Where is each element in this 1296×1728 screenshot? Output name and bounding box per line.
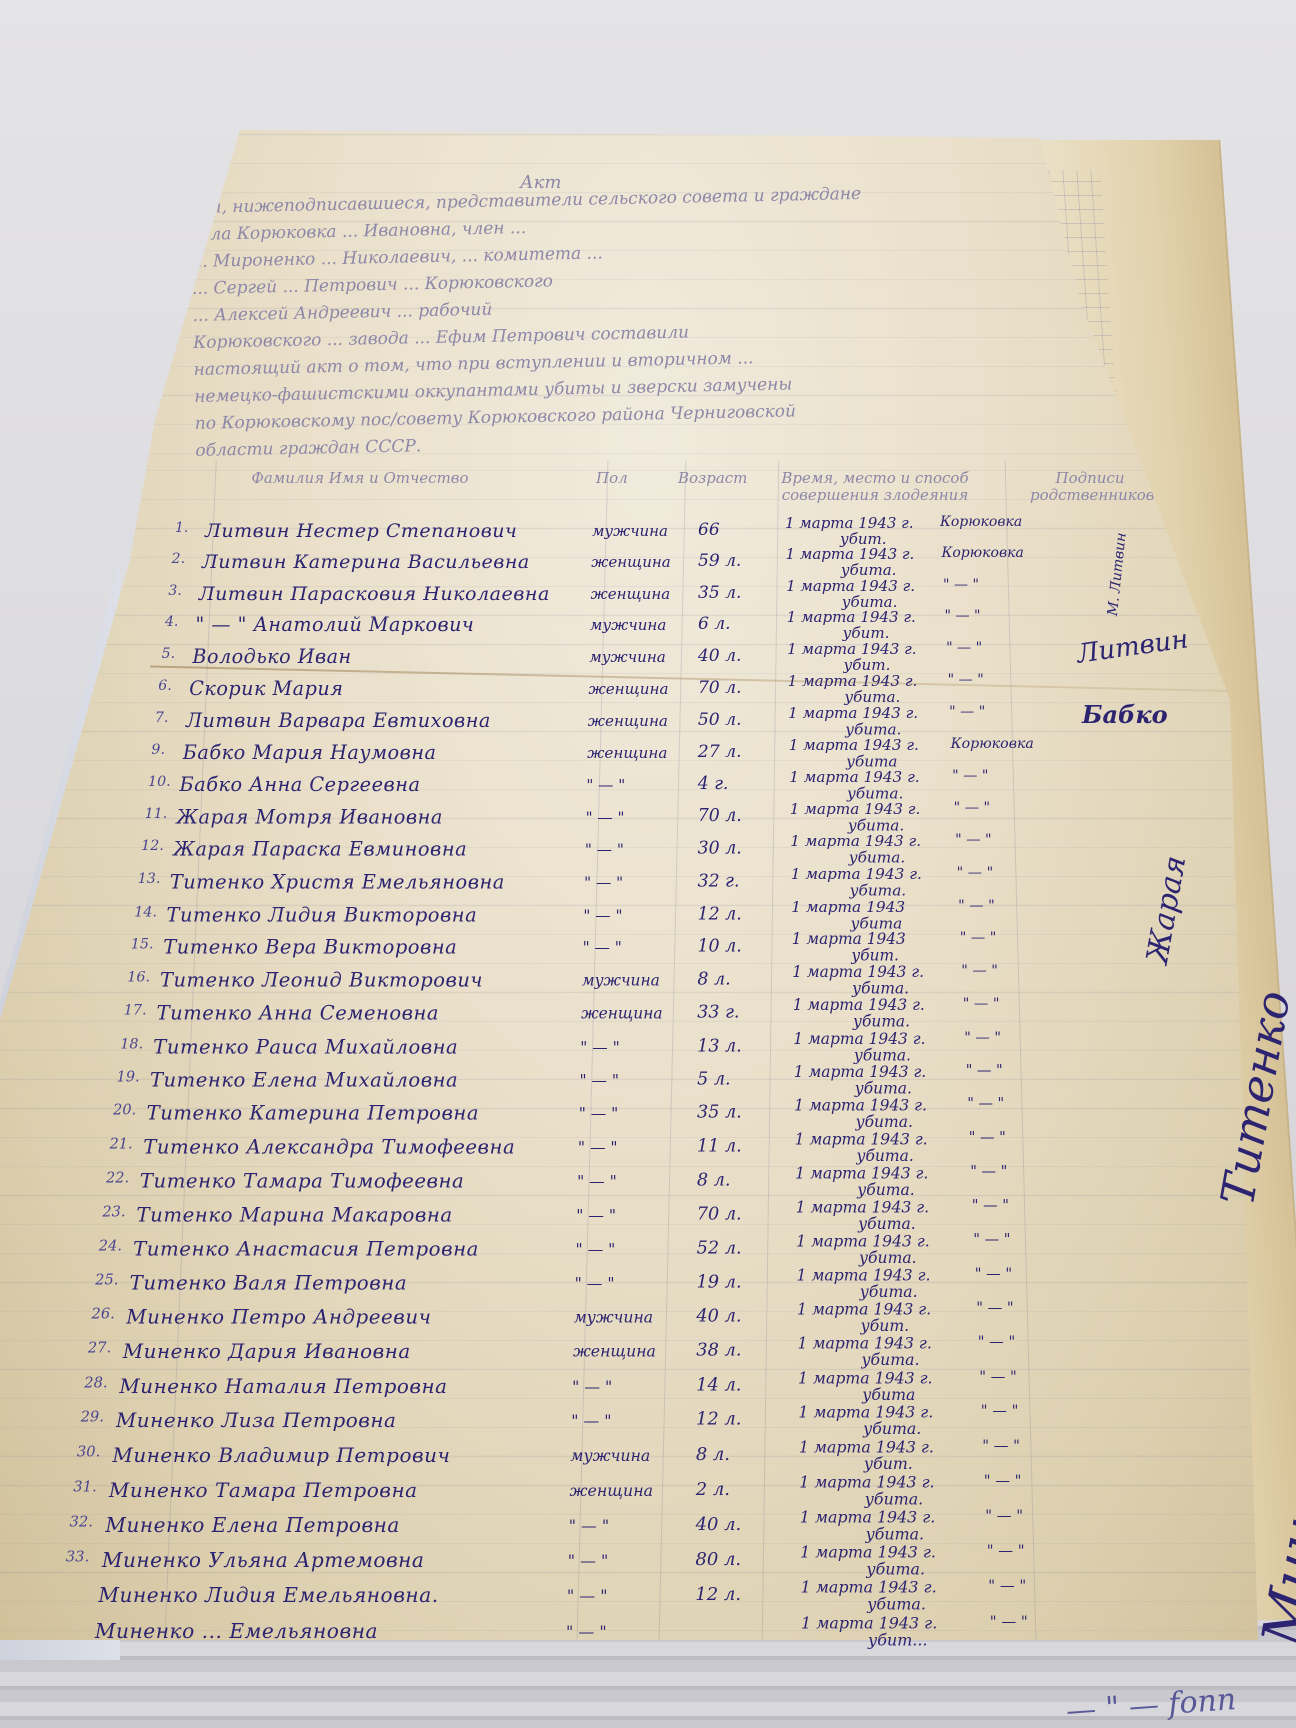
victim-age: 32 г.	[698, 871, 740, 891]
row-number: 14.	[134, 904, 157, 920]
victim-name: Титенко Раиса Михайловна	[153, 1036, 458, 1059]
table-row: 20.Титенко Катерина Петровна" — "35 л.1 …	[0, 1102, 1296, 1133]
death-date: 1 марта 1943 г.	[801, 1613, 937, 1632]
victim-age: 12 л.	[696, 1409, 741, 1430]
victim-sex: " — "	[575, 1274, 615, 1293]
row-number: 25.	[95, 1272, 118, 1289]
victim-name: Скорик Мария	[189, 678, 343, 700]
table-row: 29.Миненко Лиза Петровна" — "12 л.1 март…	[0, 1409, 1296, 1440]
death-place: " — "	[975, 1265, 1012, 1282]
victim-name: Миненко Владимир Петрович	[112, 1444, 450, 1467]
row-number: 22.	[106, 1170, 129, 1187]
victim-name: Титенко Христя Емельяновна	[170, 871, 505, 893]
table-row: 10.Бабко Анна Сергеевна" — "4 г.1 марта …	[0, 774, 1296, 804]
victim-sex: женщина	[573, 1342, 656, 1361]
death-date: 1 марта 1943 г.	[786, 577, 915, 595]
row-number: 17.	[124, 1002, 147, 1018]
death-fate: убита.	[850, 881, 907, 899]
victim-sex: " — "	[579, 1104, 619, 1123]
victim-age: 6 л.	[698, 614, 731, 634]
death-fate: убита.	[865, 1489, 923, 1508]
victim-table: 1.Литвин Нестер Степановичмужчина661 мар…	[0, 0, 1296, 1728]
death-place: " — "	[970, 1163, 1007, 1180]
death-place: " — "	[948, 672, 984, 688]
victim-sex: женщина	[591, 553, 670, 571]
victim-name: Титенко Валя Петровна	[130, 1272, 407, 1295]
death-fate: убит.	[861, 1316, 910, 1335]
row-number: 15.	[131, 936, 154, 952]
table-row: 17.Титенко Анна Семеновнаженщина33 г.1 м…	[0, 1002, 1296, 1033]
victim-age: 12 л.	[695, 1584, 741, 1605]
death-place: Корюковка	[951, 735, 1034, 751]
death-place: " — "	[966, 1063, 1003, 1079]
death-fate: убита.	[866, 1524, 924, 1543]
row-number: 3.	[168, 583, 181, 599]
table-row: 9.Бабко Мария Наумовнаженщина27 л.1 март…	[0, 742, 1296, 772]
death-date: 1 марта 1943 г.	[796, 1197, 929, 1216]
table-row: 32.Миненко Елена Петровна" — "40 л.1 мар…	[0, 1514, 1296, 1546]
victim-sex: " — "	[569, 1516, 609, 1535]
death-date: 1 марта 1943 г.	[788, 703, 918, 721]
victim-age: 5 л.	[697, 1069, 730, 1090]
victim-age: 66	[698, 520, 720, 540]
victim-sex: " — "	[575, 1240, 615, 1259]
victim-sex: женщина	[587, 744, 667, 762]
victim-name: Литвин Парасковия Николаевна	[199, 583, 550, 605]
death-place: " — "	[972, 1197, 1009, 1214]
table-row: 12.Жарая Параска Евминовна" — "30 л.1 ма…	[0, 838, 1296, 869]
death-place: " — "	[967, 1096, 1004, 1113]
table-row: 15.Титенко Вера Викторовна" — "10 л.1 ма…	[0, 936, 1296, 967]
victim-name: Миненко Лидия Емельяновна.	[98, 1584, 438, 1607]
death-date: 1 марта 1943 г.	[798, 1368, 933, 1387]
row-number: 28.	[84, 1375, 107, 1392]
table-row: 14.Титенко Лидия Викторовна" — "12 л.1 м…	[0, 904, 1296, 935]
death-place: " — "	[958, 898, 995, 914]
death-fate: убита.	[860, 1282, 918, 1301]
victim-name: Литвин Варвара Евтиховна	[186, 710, 491, 732]
row-number: 12.	[141, 838, 164, 854]
death-fate: убита.	[866, 1560, 925, 1579]
victim-sex: мужчина	[574, 1308, 653, 1327]
victim-age: 19 л.	[697, 1272, 742, 1293]
row-number: 13.	[138, 871, 161, 887]
victim-age: 40 л.	[696, 1306, 741, 1327]
death-place: " — "	[976, 1300, 1013, 1317]
victim-sex: " — "	[571, 1411, 611, 1430]
row-number: 29.	[81, 1409, 104, 1426]
row-number: 7.	[155, 710, 169, 726]
death-place: Корюковка	[942, 545, 1024, 561]
death-place: " — "	[964, 1029, 1001, 1045]
victim-age: 35 л.	[697, 1102, 742, 1123]
death-place: " — "	[988, 1578, 1026, 1595]
victim-sex: мужчина	[570, 1446, 650, 1465]
victim-age: 40 л.	[698, 646, 742, 666]
death-date: 1 марта 1943 г.	[795, 1163, 928, 1182]
victim-sex: " — "	[580, 1038, 619, 1057]
victim-age: 38 л.	[696, 1340, 741, 1361]
death-date: 1 марта 1943 г.	[788, 672, 918, 690]
victim-name: Титенко Александра Тимофеевна	[143, 1136, 515, 1159]
victim-sex: " — "	[586, 808, 625, 826]
victim-sex: женщина	[588, 712, 668, 730]
victim-age: 33 г.	[697, 1002, 739, 1023]
victim-sex: " — "	[578, 1138, 618, 1157]
victim-sex: женщина	[570, 1481, 653, 1500]
row-number: 26.	[92, 1306, 115, 1323]
death-place: " — "	[949, 703, 985, 719]
victim-sex: " — "	[576, 1206, 616, 1225]
row-number: 21.	[110, 1136, 133, 1153]
death-fate: убит...	[868, 1630, 927, 1649]
victim-name: Литвин Катерина Васильевна	[202, 551, 530, 573]
victim-sex: мужчина	[592, 522, 668, 540]
death-place: " — "	[979, 1368, 1016, 1385]
table-row: 33.Миненко Ульяна Артемовна" — "80 л.1 м…	[0, 1549, 1296, 1581]
death-date: 1 марта 1943 г.	[796, 1231, 930, 1250]
table-row: 16.Титенко Леонид Викторовичмужчина8 л.1…	[0, 969, 1296, 1000]
death-place: " — "	[945, 608, 981, 624]
row-number: 19.	[117, 1069, 140, 1085]
victim-name: Титенко Анна Семеновна	[157, 1002, 439, 1025]
victim-sex: " — "	[583, 939, 622, 957]
victim-name: Володько Иван	[192, 646, 351, 668]
victim-sex: " — "	[572, 1377, 612, 1396]
table-row: Миненко Лидия Емельяновна." — "12 л.1 ма…	[0, 1584, 1296, 1616]
victim-age: 4 г.	[698, 774, 729, 794]
table-row: 25.Титенко Валя Петровна" — "19 л.1 март…	[0, 1272, 1296, 1303]
death-date: 1 марта 1943 г.	[797, 1265, 931, 1284]
victim-name: Титенко Анастасия Петровна	[133, 1238, 479, 1261]
victim-age: 10 л.	[697, 936, 741, 956]
table-row: 24.Титенко Анастасия Петровна" — "52 л.1…	[0, 1238, 1296, 1269]
victim-name: Миненко ... Емельяновна	[95, 1620, 378, 1643]
table-row: 11.Жарая Мотря Ивановна" — "70 л.1 марта…	[0, 806, 1296, 836]
victim-age: 50 л.	[698, 710, 742, 730]
death-date: 1 марта 1943 г.	[789, 768, 919, 786]
victim-name: Жарая Параска Евминовна	[173, 838, 467, 860]
death-fate: убита.	[863, 1420, 921, 1439]
victim-sex: " — "	[584, 873, 623, 891]
victim-age: 13 л.	[697, 1036, 742, 1057]
victim-name: Титенко Тамара Тимофеевна	[140, 1170, 464, 1193]
victim-sex: мужчина	[589, 648, 666, 666]
victim-age: 11 л.	[697, 1136, 742, 1157]
victim-age: 8 л.	[697, 969, 730, 990]
victim-age: 35 л.	[698, 583, 741, 603]
death-place: " — "	[984, 1473, 1022, 1490]
victim-age: 52 л.	[697, 1238, 742, 1259]
death-place: " — "	[969, 1130, 1006, 1147]
row-number: 1.	[175, 520, 188, 536]
victim-age: 14 л.	[696, 1375, 741, 1396]
victim-age: 8 л.	[697, 1170, 731, 1191]
row-number: 32.	[70, 1514, 93, 1531]
table-row: 22.Титенко Тамара Тимофеевна" — "8 л.1 м…	[0, 1170, 1296, 1201]
death-fate: убита.	[858, 1214, 916, 1233]
row-number: 18.	[120, 1036, 143, 1052]
victim-sex: женщина	[589, 680, 669, 698]
victim-age: 2 л.	[696, 1479, 730, 1500]
death-place: " — "	[961, 963, 998, 979]
table-row: 18.Титенко Раиса Михайловна" — "13 л.1 м…	[0, 1036, 1296, 1067]
death-fate: убита.	[861, 1351, 919, 1370]
signature-babko: Бабко	[1082, 700, 1168, 729]
death-place: " — "	[990, 1613, 1028, 1630]
victim-age: 70 л.	[698, 678, 742, 698]
death-place: " — "	[943, 577, 979, 593]
death-date: 1 марта 1943 г.	[793, 1029, 925, 1048]
death-place: " — "	[963, 996, 1000, 1012]
victim-name: Миненко Лиза Петровна	[116, 1409, 397, 1432]
row-number: 23.	[102, 1204, 125, 1221]
table-row: 30.Миненко Владимир Петровичмужчина8 л.1…	[0, 1444, 1296, 1476]
victim-name: Титенко Леонид Викторович	[160, 969, 483, 992]
death-date: 1 марта 1943 г.	[789, 735, 919, 753]
victim-age: 12 л.	[698, 904, 742, 924]
row-number: 16.	[127, 969, 150, 985]
victim-sex: " — "	[583, 906, 622, 924]
death-place: " — "	[985, 1508, 1023, 1525]
victim-name: Титенко Лидия Викторовна	[167, 904, 478, 926]
death-fate: убита.	[856, 1146, 913, 1165]
victim-age: 70 л.	[697, 1204, 742, 1225]
victim-name: Бабко Анна Сергеевна	[180, 774, 421, 796]
victim-age: 30 л.	[698, 838, 742, 858]
table-row: 26.Миненко Петро Андреевичмужчина40 л.1 …	[0, 1306, 1296, 1337]
death-place: " — "	[960, 930, 997, 946]
victim-sex: мужчина	[590, 616, 666, 634]
victim-name: Бабко Мария Наумовна	[183, 742, 437, 764]
victim-sex: " — "	[566, 1622, 607, 1641]
row-number: 30.	[77, 1444, 100, 1461]
death-place: " — "	[955, 832, 991, 848]
row-number: 33.	[66, 1549, 90, 1566]
row-number: 10.	[148, 774, 171, 790]
row-number: 2.	[172, 551, 185, 567]
victim-name: Миненко Ульяна Артемовна	[102, 1549, 425, 1572]
victim-name: Титенко Марина Макаровна	[136, 1204, 452, 1227]
table-row: 21.Титенко Александра Тимофеевна" — "11 …	[0, 1136, 1296, 1167]
table-row: 3.Литвин Парасковия Николаевнаженщина35 …	[0, 583, 1296, 613]
death-place: Корюковка	[940, 514, 1022, 530]
victim-name: Титенко Катерина Петровна	[147, 1102, 479, 1125]
victim-name: Миненко Наталия Петровна	[119, 1375, 447, 1398]
victim-sex: женщина	[581, 1005, 662, 1023]
victim-age: 70 л.	[698, 806, 742, 826]
row-number: 4.	[165, 614, 178, 630]
row-number: 27.	[88, 1340, 111, 1357]
death-place: " — "	[978, 1334, 1015, 1351]
table-row: 13.Титенко Христя Емельяновна" — "32 г.1…	[0, 871, 1296, 902]
victim-sex: мужчина	[582, 971, 660, 989]
death-fate: убита.	[859, 1248, 917, 1267]
victim-name: Жарая Мотря Ивановна	[176, 806, 443, 828]
table-row: 19.Титенко Елена Михайловна" — "5 л.1 ма…	[0, 1069, 1296, 1100]
death-place: " — "	[952, 768, 988, 784]
death-place: " — "	[982, 1438, 1020, 1455]
victim-sex: " — "	[568, 1551, 609, 1570]
victim-name: Миненко Дария Ивановна	[123, 1340, 411, 1363]
death-place: " — "	[981, 1403, 1019, 1420]
victim-name: Литвин Нестер Степанович	[205, 520, 517, 542]
table-row: 23.Титенко Марина Макаровна" — "70 л.1 м…	[0, 1204, 1296, 1235]
table-row: Миненко ... Емельяновна" — "1 марта 1943…	[0, 1620, 1296, 1652]
victim-name: Миненко Елена Петровна	[105, 1514, 399, 1537]
row-number: 6.	[158, 678, 171, 694]
death-fate: убита	[862, 1385, 915, 1404]
victim-age: 80 л.	[695, 1549, 741, 1570]
row-number: 11.	[145, 806, 168, 822]
table-row: 2.Литвин Катерина Васильевнаженщина59 л.…	[0, 551, 1296, 581]
death-place: " — "	[987, 1543, 1025, 1560]
death-fate: убита.	[867, 1595, 926, 1614]
row-number: 5.	[162, 646, 175, 662]
death-place: " — "	[954, 800, 990, 816]
victim-sex: " — "	[567, 1586, 608, 1605]
row-number: 9.	[151, 742, 165, 758]
death-place: " — "	[957, 865, 993, 881]
death-fate: убита.	[857, 1180, 914, 1199]
victim-name: Миненко Петро Андреевич	[126, 1306, 431, 1329]
victim-sex: " — "	[586, 776, 625, 794]
table-row: 31.Миненко Тамара Петровнаженщина2 л.1 м…	[0, 1479, 1296, 1511]
victim-name: Титенко Вера Викторовна	[163, 936, 457, 959]
table-row: 28.Миненко Наталия Петровна" — "14 л.1 м…	[0, 1375, 1296, 1406]
death-fate: убит.	[864, 1454, 913, 1473]
death-date: 1 марта 1943	[791, 898, 905, 916]
victim-sex: " — "	[577, 1172, 617, 1191]
victim-sex: женщина	[591, 585, 671, 603]
death-fate: убита.	[854, 1046, 911, 1065]
death-place: " — "	[946, 640, 982, 656]
death-fate: убита.	[856, 1113, 913, 1132]
victim-sex: " — "	[579, 1071, 619, 1090]
table-row: 27.Миненко Дария Ивановнаженщина38 л.1 м…	[0, 1340, 1296, 1371]
victim-name: " — " Анатолий Маркович	[196, 614, 475, 636]
death-place: " — "	[973, 1231, 1010, 1248]
row-number: 20.	[113, 1102, 136, 1119]
row-number: 31.	[73, 1479, 96, 1496]
victim-name: Миненко Тамара Петровна	[109, 1479, 418, 1502]
row-number: 24.	[99, 1238, 122, 1255]
victim-age: 27 л.	[698, 742, 742, 762]
victim-name: Титенко Елена Михайловна	[150, 1069, 458, 1092]
victim-age: 8 л.	[696, 1444, 730, 1465]
victim-sex: " — "	[585, 840, 624, 858]
victim-age: 40 л.	[696, 1514, 742, 1535]
table-row: 1.Литвин Нестер Степановичмужчина661 мар…	[0, 520, 1296, 550]
victim-age: 59 л.	[698, 551, 741, 571]
death-fate: убита.	[853, 1013, 910, 1031]
